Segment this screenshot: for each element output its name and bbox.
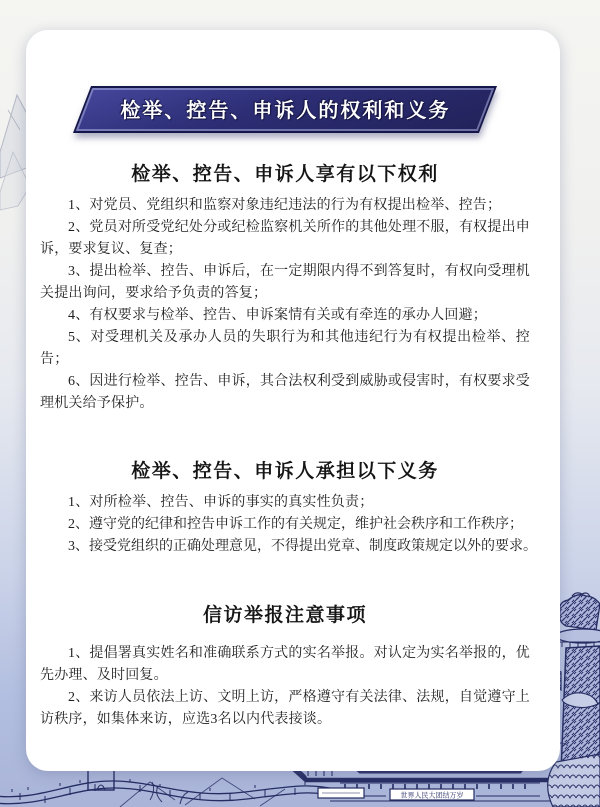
- rights-item-3: 3、提出检举、控告、申诉后，在一定期限内得不到答复时，有权向受理机关提出询问，要…: [40, 261, 530, 305]
- rights-item-6: 6、因进行检举、控告、申诉，其合法权利受到威胁或侵害时，有权要求受理机关给予保护…: [40, 371, 530, 415]
- section-rights-heading: 检举、控告、申诉人享有以下权利: [40, 159, 530, 186]
- duties-item-2: 2、遵守党的纪律和控告申诉工作的有关规定，维护社会秩序和工作秩序；: [40, 514, 546, 536]
- section-notes-heading: 信访举报注意事项: [40, 600, 530, 627]
- section-duties-body: 1、对所检举、控告、申诉的事实的真实性负责； 2、遵守党的纪律和控告申诉工作的有…: [40, 492, 530, 558]
- duties-item-3: 3、接受党组织的正确处理意见，不得提出党章、制度政策规定以外的要求。: [40, 536, 546, 558]
- title-banner: 检举、控告、申诉人的权利和义务: [73, 86, 497, 133]
- section-notes-body: 1、提倡署真实姓名和准确联系方式的实名举报。对认定为实名举报的，优先办理、及时回…: [40, 643, 530, 731]
- section-duties-heading: 检举、控告、申诉人承担以下义务: [40, 456, 530, 483]
- tiananmen-plaque-text: 世界人民大团结万岁: [401, 791, 464, 800]
- title-banner-wrap: 检举、控告、申诉人的权利和义务: [40, 86, 530, 133]
- rights-item-1: 1、对党员、党组织和监察对象违纪违法的行为有权提出检举、控告；: [40, 195, 530, 217]
- rights-item-5: 5、对受理机关及承办人员的失职行为和其他违纪行为有权提出检举、控告；: [40, 327, 530, 371]
- rights-item-4: 4、有权要求与检举、控告、申诉案情有关或有牵连的承办人回避；: [40, 305, 530, 327]
- notes-item-2: 2、来访人员依法上访、文明上访，严格遵守有关法律、法规，自觉遵守上访秩序，如集体…: [40, 687, 530, 731]
- document-card: 检举、控告、申诉人的权利和义务 检举、控告、申诉人享有以下权利 1、对党员、党组…: [26, 30, 560, 771]
- notes-item-1: 1、提倡署真实姓名和准确联系方式的实名举报。对认定为实名举报的，优先办理、及时回…: [40, 643, 530, 687]
- banner-title: 检举、控告、申诉人的权利和义务: [120, 94, 450, 123]
- poster-page: 世界人民大团结万岁 检举、控告、申诉人的权利和义务 检举、控告、申诉人享有以下权…: [0, 0, 600, 807]
- duties-item-1: 1、对所检举、控告、申诉的事实的真实性负责；: [40, 492, 530, 514]
- section-rights-body: 1、对党员、党组织和监察对象违纪违法的行为有权提出检举、控告； 2、党员对所受党…: [40, 195, 530, 415]
- rights-item-2: 2、党员对所受党纪处分或纪检监察机关所作的其他处理不服，有权提出申诉，要求复议、…: [40, 217, 530, 261]
